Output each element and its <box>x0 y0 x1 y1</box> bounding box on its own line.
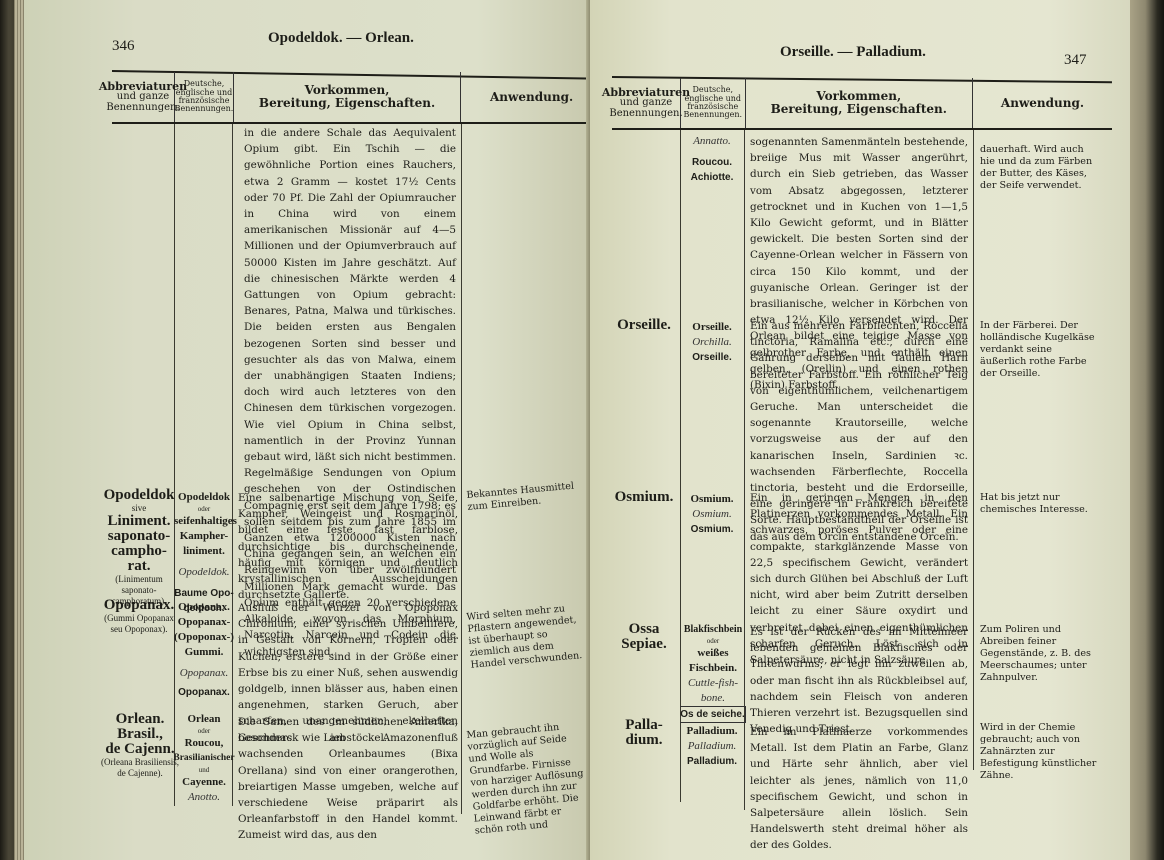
entry-description-ossa-sepiae: Es ist der Rücken des im Mittelmeer lebe… <box>750 624 968 737</box>
book-edge-right <box>1130 0 1164 860</box>
header-names: Deutsche,englische undfranzösischeBenenn… <box>175 72 234 122</box>
table-header-right: Abbreviaturenund ganzeBenennungen. Deuts… <box>612 78 1112 130</box>
entry-title-ossa-sepiae: Ossa Sepiae. <box>610 622 678 652</box>
header-usage: Anwendung. <box>973 78 1112 128</box>
page-number-right: 347 <box>1064 52 1087 69</box>
entry-title-palladium: Palla- dium. <box>610 718 678 748</box>
entry-usage-orseille: In der Färberei. Der holländische Kugelk… <box>980 320 1098 380</box>
entry-usage-opodeldok: Bekanntes Hausmittel zum Einreiben. <box>466 480 586 514</box>
header-description: Vorkommen,Bereitung, Eigenschaften. <box>234 72 461 122</box>
entry-names-osmium: Osmium. Osmium. Osmium. <box>680 492 744 537</box>
entry-names-opodeldok: Opodeldok oder seifenhaltiges Kampher- l… <box>174 490 234 616</box>
entry-usage-opopanax: Wird selten mehr zu Pflastern angewendet… <box>466 602 589 672</box>
page-number-left: 346 <box>112 38 135 55</box>
header-abbreviations: Abbreviaturenund ganzeBenennungen. <box>612 78 681 128</box>
entry-names-palladium: Palladium. Palladium. Palladium. <box>680 724 744 769</box>
entry-description-opodeldok: Eine salbenartige Mischung von Seife, Ka… <box>238 490 458 603</box>
running-head-left: Opodeldok. — Orlean. <box>268 30 414 47</box>
header-names: Deutsche,englische undfranzösischeBenenn… <box>681 78 746 128</box>
entry-title-osmium: Osmium. <box>610 490 678 505</box>
header-abbreviations: Abbreviaturenund ganzeBenennungen. <box>112 72 175 122</box>
entry-usage-palladium: Wird in der Chemie gebraucht; auch von Z… <box>980 722 1098 782</box>
entry-usage-ossa-sepiae: Zum Poliren und Abreiben feiner Gegenstä… <box>980 624 1098 684</box>
continuation-usage: dauerhaft. Wird auch hie und da zum Färb… <box>980 144 1098 192</box>
entry-names-ossa-sepiae: Blakfischbein oder weißes Fischbein. Cut… <box>680 622 746 723</box>
column-divider <box>232 124 233 806</box>
entry-title-orseille: Orseille. <box>610 318 678 333</box>
entry-names-orseille: Orseille. Orchilla. Orseille. <box>680 320 744 365</box>
entry-description-palladium: Ein im Platinaerze vorkommendes Metall. … <box>750 724 968 854</box>
entry-description-orlean: Die Samen des im südlichen Amerika, beso… <box>238 714 458 844</box>
column-divider <box>461 124 462 814</box>
header-usage: Anwendung. <box>461 72 602 122</box>
column-divider <box>973 130 974 770</box>
entry-title-opodeldok: Opodeldok sive Liniment. saponato- camph… <box>100 488 178 607</box>
continuation-names: Annatto. Roucou. Achiotte. <box>680 134 744 185</box>
running-head-right: Orseille. — Palladium. <box>780 44 926 61</box>
column-divider <box>174 124 175 806</box>
entry-usage-orlean: Man gebraucht ihn vorzüglich auf Seide u… <box>466 720 593 838</box>
table-header-left: Abbreviaturenund ganzeBenennungen. Deuts… <box>112 72 602 124</box>
right-page: Orseille. — Palladium. 347 Abbreviaturen… <box>590 0 1130 860</box>
entry-title-opopanax: Opopanax. (Gummi Opopanax seu Opoponax). <box>100 598 178 635</box>
entry-usage-osmium: Hat bis jetzt nur chemisches Interesse. <box>980 492 1098 516</box>
left-page: 346 Opodeldok. — Orlean. Abbreviaturenun… <box>24 0 590 860</box>
entry-names-orlean: Orlean oder Roucou, Brasilianischer und … <box>172 712 236 805</box>
entry-names-opopanax: Opopanax. Opopanax- (Opoponax-) Gummi. O… <box>174 600 234 700</box>
entry-title-orlean: Orlean. Brasil., de Cajenn. (Orleana Bra… <box>100 712 180 779</box>
header-description: Vorkommen,Bereitung, Eigenschaften. <box>746 78 973 128</box>
